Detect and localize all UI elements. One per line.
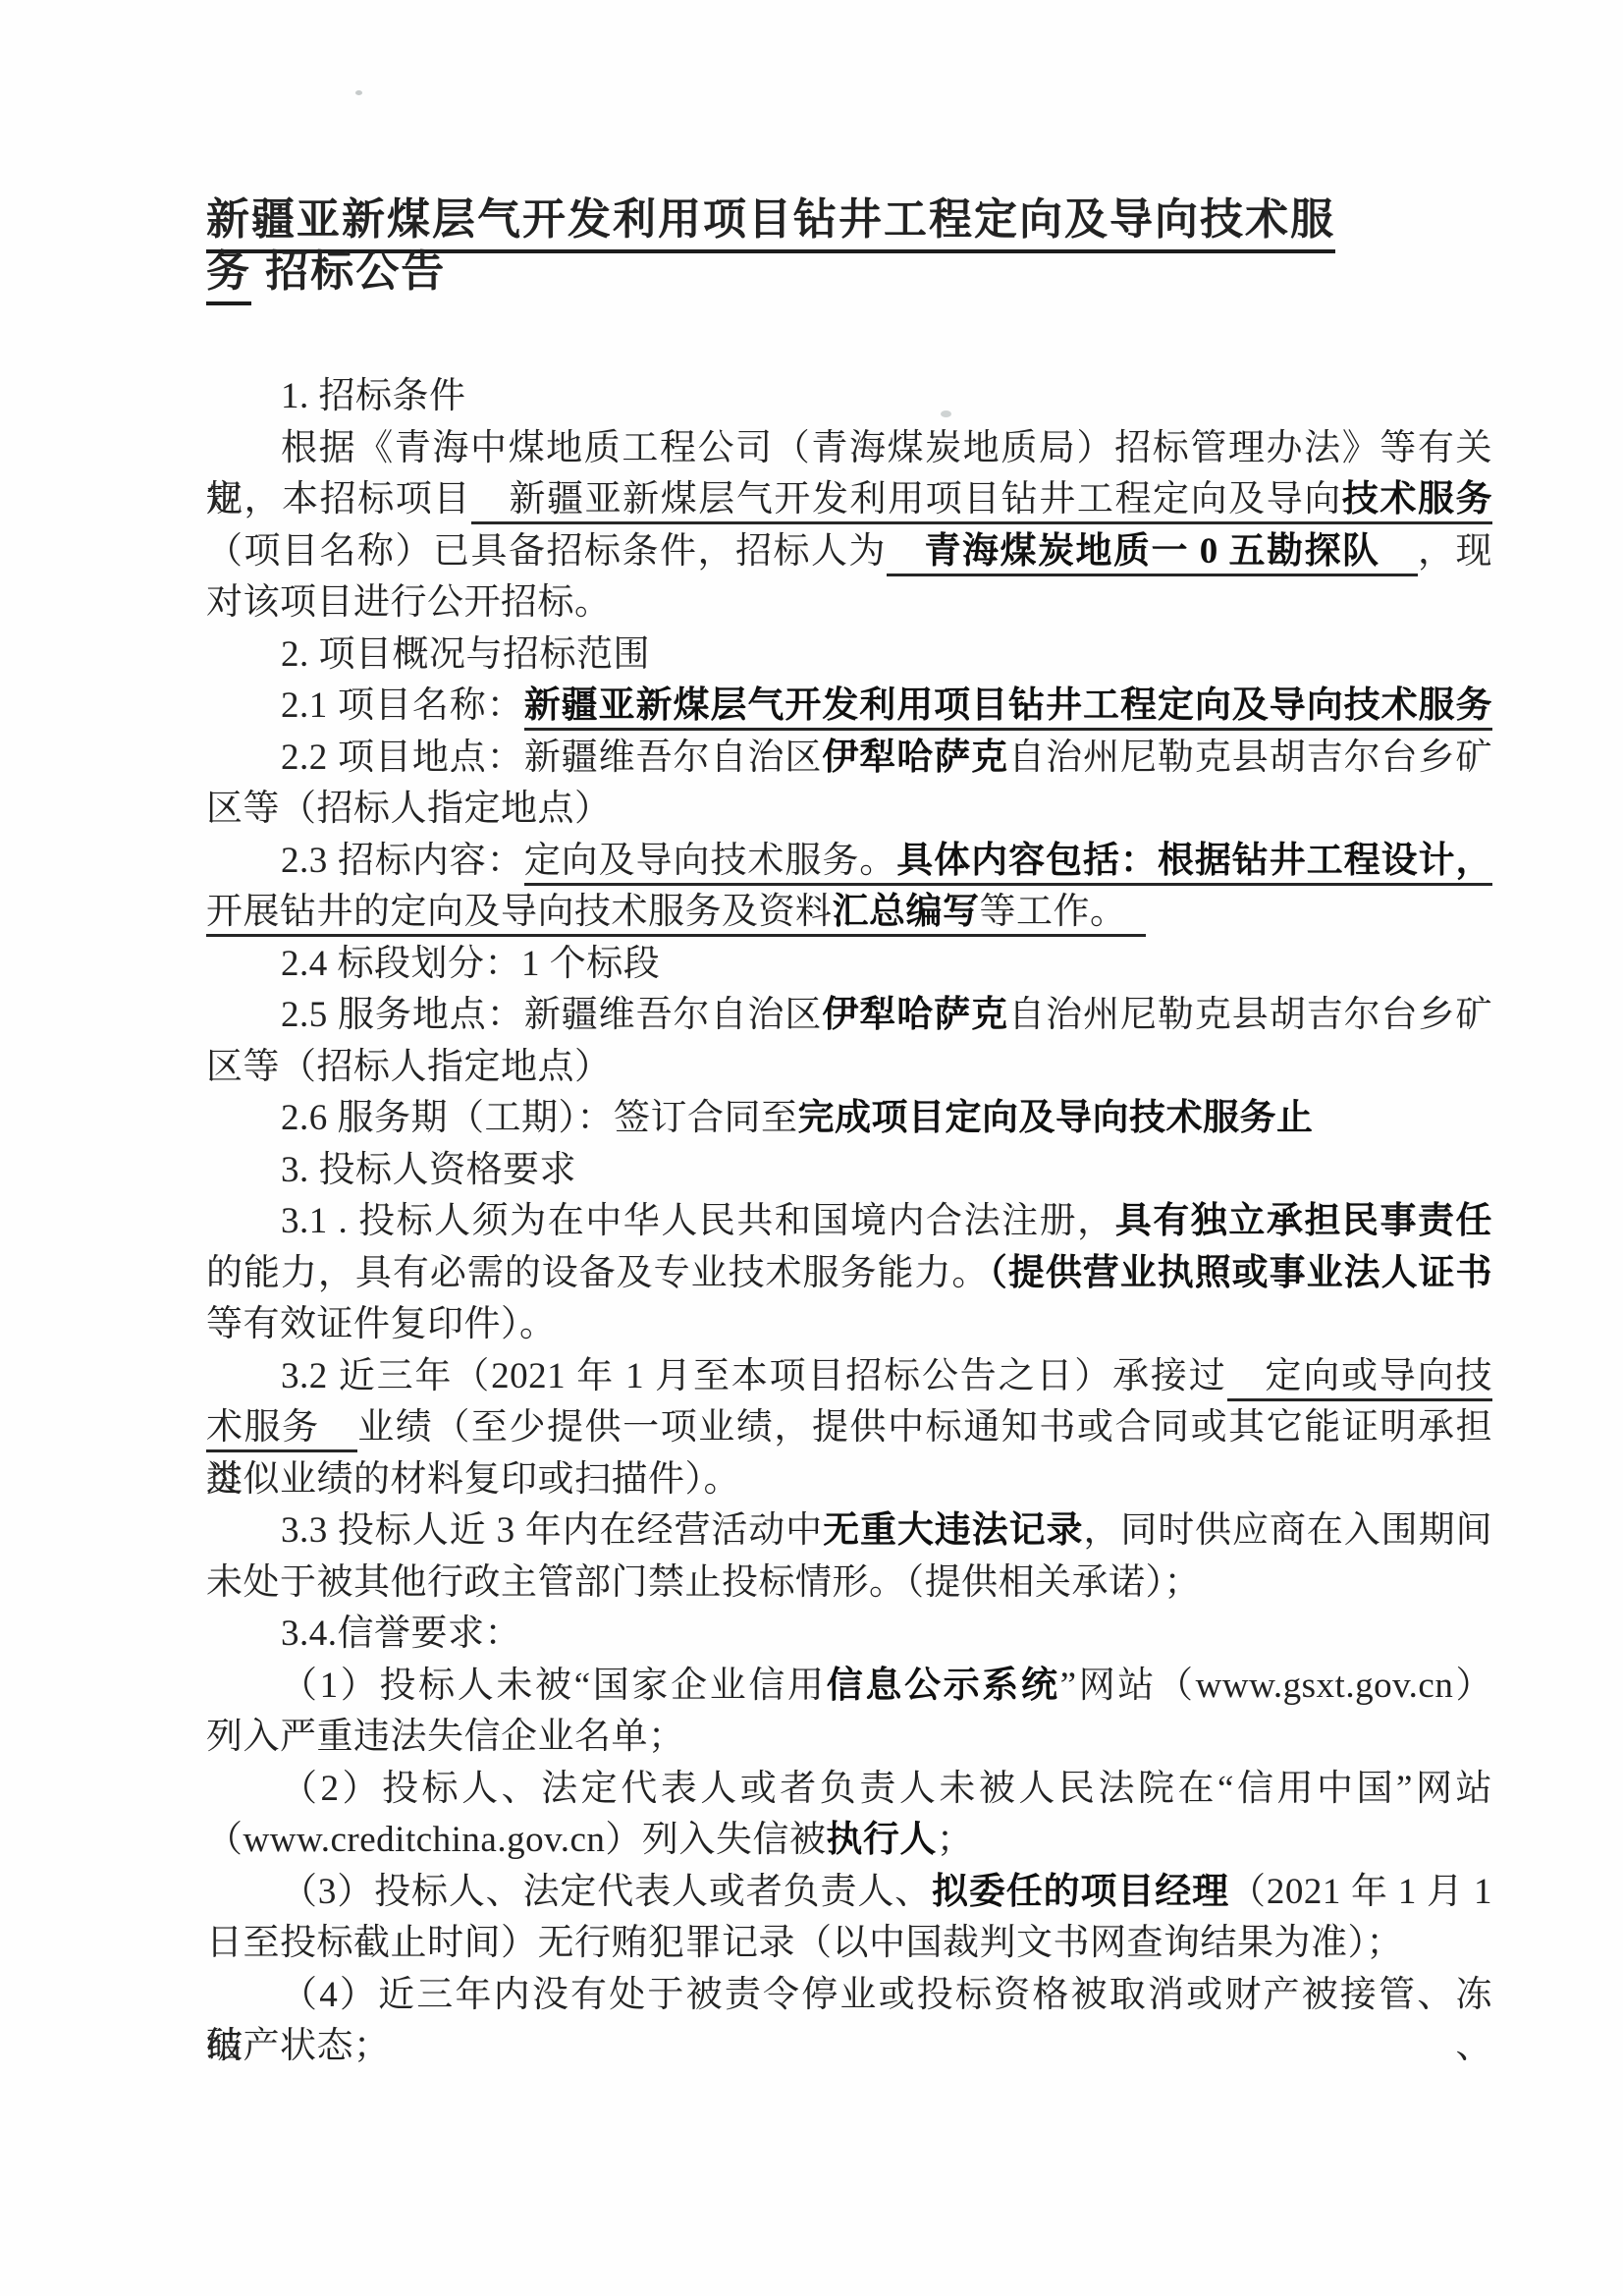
text-segment: 类似业绩的材料复印或扫描件）。	[206, 1459, 740, 1500]
text-line: （2）投标人、法定代表人或者负责人未被人民法院在“信用中国”网站	[206, 1764, 1492, 1816]
scan-speck	[355, 90, 362, 95]
text-line: 1. 招标条件	[206, 371, 1492, 423]
text-line: 列入严重违法失信企业名单；	[206, 1712, 1492, 1764]
text-line: 类似业绩的材料复印或扫描件）。	[206, 1454, 1492, 1506]
text-line: 2. 项目概况与招标范围	[206, 629, 1492, 682]
underlined-text: 务	[206, 247, 251, 305]
text-segment: 具有独立承担民事责任	[1115, 1201, 1492, 1241]
text-segment: 区等（招标人指定地点）	[206, 789, 612, 829]
text-line: 日至投标截止时间）无行贿犯罪记录（以中国裁判文书网查询结果为准）；	[206, 1918, 1492, 1970]
text-line: 2.5 服务地点：新疆维吾尔自治区伊犁哈萨克自治州尼勒克县胡吉尔台乡矿	[206, 990, 1492, 1042]
underlined-text: 具体内容包括：根据钻井工程设计，	[896, 841, 1492, 886]
text-segment: （4）近三年内没有处于被责令停业或投标资格被取消或财产被接管、冻结、	[206, 1975, 1492, 2067]
underlined-text: 术服务	[206, 1407, 357, 1452]
text-segment: 3.2 近三年（2021 年 1 月至本项目招标公告之日）承接过	[281, 1356, 1227, 1396]
underlined-text: 定向或导向技	[1227, 1356, 1492, 1401]
text-segment: 3.1 . 投标人须为在中华人民共和国境内合法注册，	[281, 1201, 1115, 1241]
text-segment: ”网站（www.gsxt.gov.cn）	[1060, 1666, 1492, 1706]
text-segment: 的能力，具有必需的设备及专业技术服务能力。	[206, 1253, 989, 1293]
text-line: 2.4 标段划分：1 个标段	[206, 939, 1492, 991]
text-segment: ；	[937, 1820, 974, 1860]
text-line: 区等（招标人指定地点）	[206, 784, 1492, 836]
underlined-text: 等工作。	[980, 892, 1146, 937]
text-segment: 完成项目定向及导向技术服务止	[798, 1098, 1314, 1138]
text-line: 未处于被其他行政主管部门禁止投标情形。（提供相关承诺）；	[206, 1558, 1492, 1610]
text-segment: （提供营业执照或事业法人证书	[989, 1253, 1492, 1293]
text-segment: 未处于被其他行政主管部门禁止投标情形。（提供相关承诺）；	[206, 1562, 1201, 1603]
text-segment: 无重大违法记录	[823, 1510, 1083, 1551]
text-segment: 自治州尼勒克县胡吉尔台乡矿	[1008, 995, 1492, 1035]
text-line: 术服务 业绩（至少提供一项业绩，提供中标通知书或合同或其它能证明承担过	[206, 1402, 1492, 1454]
text-line: 开展钻井的定向及导向技术服务及资料汇总编写等工作。	[206, 887, 1492, 939]
text-line: 2.2 项目地点：新疆维吾尔自治区伊犁哈萨克自治州尼勒克县胡吉尔台乡矿	[206, 733, 1492, 785]
text-segment: （1）投标人未被“国家企业信用	[281, 1666, 827, 1706]
text-line: 3.1 . 投标人须为在中华人民共和国境内合法注册，具有独立承担民事责任	[206, 1196, 1492, 1248]
text-line: （项目名称）已具备招标条件，招标人为 青海煤炭地质一 0 五勘探队 ，现	[206, 526, 1492, 578]
document-body-text: 1. 招标条件根据《青海中煤地质工程公司（青海煤炭地质局）招标管理办法》等有关规…	[206, 371, 1492, 2073]
text-line: （www.creditchina.gov.cn）列入失信被执行人；	[206, 1815, 1492, 1867]
text-line: （1）投标人未被“国家企业信用信息公示系统”网站（www.gsxt.gov.cn…	[206, 1661, 1492, 1713]
text-line: 2.6 服务期（工期）：签订合同至完成项目定向及导向技术服务止	[206, 1093, 1492, 1145]
text-segment: 2.3 招标内容：	[281, 841, 524, 881]
document-page: 新疆亚新煤层气开发利用项目钻井工程定向及导向技术服务 招标公告 1. 招标条件根…	[0, 0, 1623, 2296]
text-segment: 1. 招标条件	[281, 376, 466, 416]
underlined-text: 青海煤炭地质一 0 五勘探队	[887, 531, 1418, 576]
text-line: （3）投标人、法定代表人或者负责人、拟委任的项目经理（2021 年 1 月 1	[206, 1867, 1492, 1919]
text-segment: 区等（招标人指定地点）	[206, 1047, 612, 1087]
text-segment: （3）投标人、法定代表人或者负责人、	[281, 1872, 932, 1912]
text-segment: 招标公告	[251, 247, 446, 296]
text-segment: 伊犁哈萨克	[822, 738, 1008, 778]
text-segment: （2021 年 1 月 1	[1229, 1872, 1492, 1912]
text-segment: ，现	[1418, 531, 1492, 572]
text-segment: （项目名称）已具备招标条件，招标人为	[206, 531, 887, 572]
text-segment: 日至投标截止时间）无行贿犯罪记录（以中国裁判文书网查询结果为准）；	[206, 1923, 1403, 1963]
text-line: 2.3 招标内容：定向及导向技术服务。具体内容包括：根据钻井工程设计，	[206, 836, 1492, 888]
underlined-text: 汇总编写	[833, 892, 980, 937]
text-segment: 破产状态；	[206, 2026, 391, 2066]
text-segment: 2.1 项目名称：	[281, 685, 524, 726]
text-segment: 自治州尼勒克县胡吉尔台乡矿	[1008, 738, 1492, 778]
text-segment: 等有效证件复印件）。	[206, 1304, 557, 1344]
text-segment: 2.5 服务地点：新疆维吾尔自治区	[281, 995, 822, 1035]
underlined-text: 定向及导向技术服务。	[524, 841, 897, 886]
text-segment: 3.4.信誉要求：	[281, 1613, 521, 1654]
text-segment: 定，本招标项目	[206, 479, 471, 519]
document-title: 新疆亚新煤层气开发利用项目钻井工程定向及导向技术服务 招标公告	[206, 187, 1492, 290]
underlined-text: 新疆亚新煤层气开发利用项目钻井工程定向及导向	[471, 479, 1342, 524]
text-segment: 对该项目进行公开招标。	[206, 582, 612, 623]
text-segment: ，同时供应商在入围期间	[1083, 1510, 1492, 1551]
text-line: 2.1 项目名称：新疆亚新煤层气开发利用项目钻井工程定向及导向技术服务	[206, 681, 1492, 733]
text-line: 3.3 投标人近 3 年内在经营活动中无重大违法记录，同时供应商在入围期间	[206, 1505, 1492, 1558]
text-line: 的能力，具有必需的设备及专业技术服务能力。（提供营业执照或事业法人证书	[206, 1248, 1492, 1300]
text-line: 根据《青海中煤地质工程公司（青海煤炭地质局）招标管理办法》等有关规	[206, 423, 1492, 475]
text-line: 3.2 近三年（2021 年 1 月至本项目招标公告之日）承接过 定向或导向技	[206, 1351, 1492, 1403]
text-line: 区等（招标人指定地点）	[206, 1042, 1492, 1094]
text-segment: 信息公示系统	[827, 1666, 1060, 1706]
text-segment: 3.3 投标人近 3 年内在经营活动中	[281, 1510, 823, 1551]
underlined-text: 开展钻井的定向及导向技术服务及资料	[206, 892, 833, 937]
title-line: 新疆亚新煤层气开发利用项目钻井工程定向及导向技术服	[206, 187, 1492, 239]
text-segment: 2.6 服务期（工期）：签订合同至	[281, 1098, 798, 1138]
text-line: 等有效证件复印件）。	[206, 1299, 1492, 1351]
text-segment: （www.creditchina.gov.cn）列入失信被	[206, 1820, 826, 1860]
underlined-text: 新疆亚新煤层气开发利用项目钻井工程定向及导向技术服务	[524, 685, 1492, 731]
text-segment: 执行人	[826, 1820, 937, 1860]
underlined-text: 技术服务	[1342, 479, 1492, 524]
text-segment: 2.2 项目地点：新疆维吾尔自治区	[281, 738, 822, 778]
text-segment: 伊犁哈萨克	[822, 995, 1008, 1035]
text-segment: 3. 投标人资格要求	[281, 1150, 576, 1190]
text-segment: 2.4 标段划分：1 个标段	[281, 944, 660, 984]
text-line: （4）近三年内没有处于被责令停业或投标资格被取消或财产被接管、冻结、	[206, 1970, 1492, 2022]
text-line: 对该项目进行公开招标。	[206, 577, 1492, 629]
text-line: 定，本招标项目 新疆亚新煤层气开发利用项目钻井工程定向及导向技术服务	[206, 474, 1492, 526]
text-line: 3. 投标人资格要求	[206, 1145, 1492, 1197]
text-segment: 2. 项目概况与招标范围	[281, 634, 650, 675]
text-line: 3.4.信誉要求：	[206, 1609, 1492, 1661]
text-segment: 列入严重违法失信企业名单；	[206, 1717, 685, 1757]
text-segment: 拟委任的项目经理	[932, 1872, 1229, 1912]
text-segment: （2）投标人、法定代表人或者负责人未被人民法院在“信用中国”网站	[281, 1769, 1492, 1809]
